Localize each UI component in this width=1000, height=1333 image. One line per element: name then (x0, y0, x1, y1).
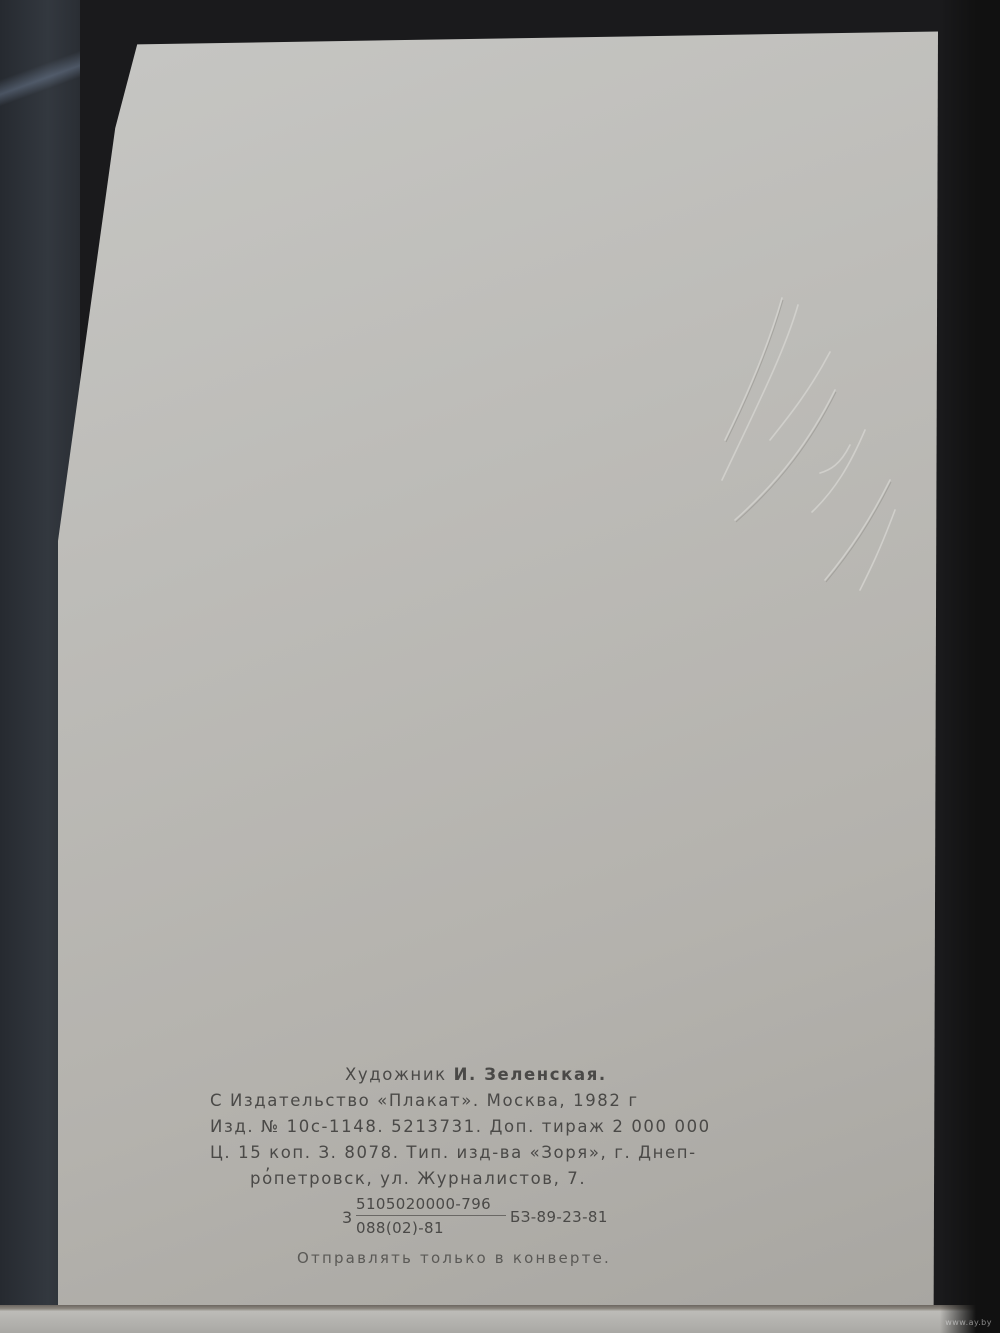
address-text: ропетровск, ул. Журналистов, 7. (250, 1169, 586, 1188)
catalog-denominator: 088(02)-81 (356, 1219, 506, 1237)
table-reflection (0, 20, 80, 140)
table-surface-right (940, 0, 1000, 1333)
fraction-bar (356, 1215, 506, 1216)
publisher-imprint: Художник И. Зеленская. С Издательство «П… (210, 1062, 770, 1192)
catalog-lead: 3 (342, 1208, 353, 1227)
catalog-code: БЗ-89-23-81 (510, 1208, 608, 1226)
address-line: ’ ропетровск, ул. Журналистов, 7. (210, 1166, 770, 1192)
edition-line: Изд. № 10с-1148. 5213731. Доп. тираж 2 0… (210, 1114, 770, 1140)
catalog-fraction: 5105020000-796 088(02)-81 (356, 1195, 506, 1237)
artist-name: И. Зеленская. (454, 1065, 607, 1084)
artist-credit: Художник И. Зеленская. (210, 1062, 770, 1088)
underlying-card (0, 1311, 1000, 1333)
catalog-numerator: 5105020000-796 (356, 1195, 506, 1213)
watermark: www.ay.by (945, 1318, 992, 1327)
mailing-note: Отправлять только в конверте. (297, 1249, 611, 1267)
publisher-line: С Издательство «Плакат». Москва, 1982 г (210, 1088, 770, 1114)
stray-mark: ’ (265, 1162, 272, 1188)
artist-label: Художник (345, 1065, 447, 1084)
embossed-signature (700, 290, 900, 640)
price-printing-line: Ц. 15 коп. З. 8078. Тип. изд-ва «Зоря», … (210, 1140, 770, 1166)
